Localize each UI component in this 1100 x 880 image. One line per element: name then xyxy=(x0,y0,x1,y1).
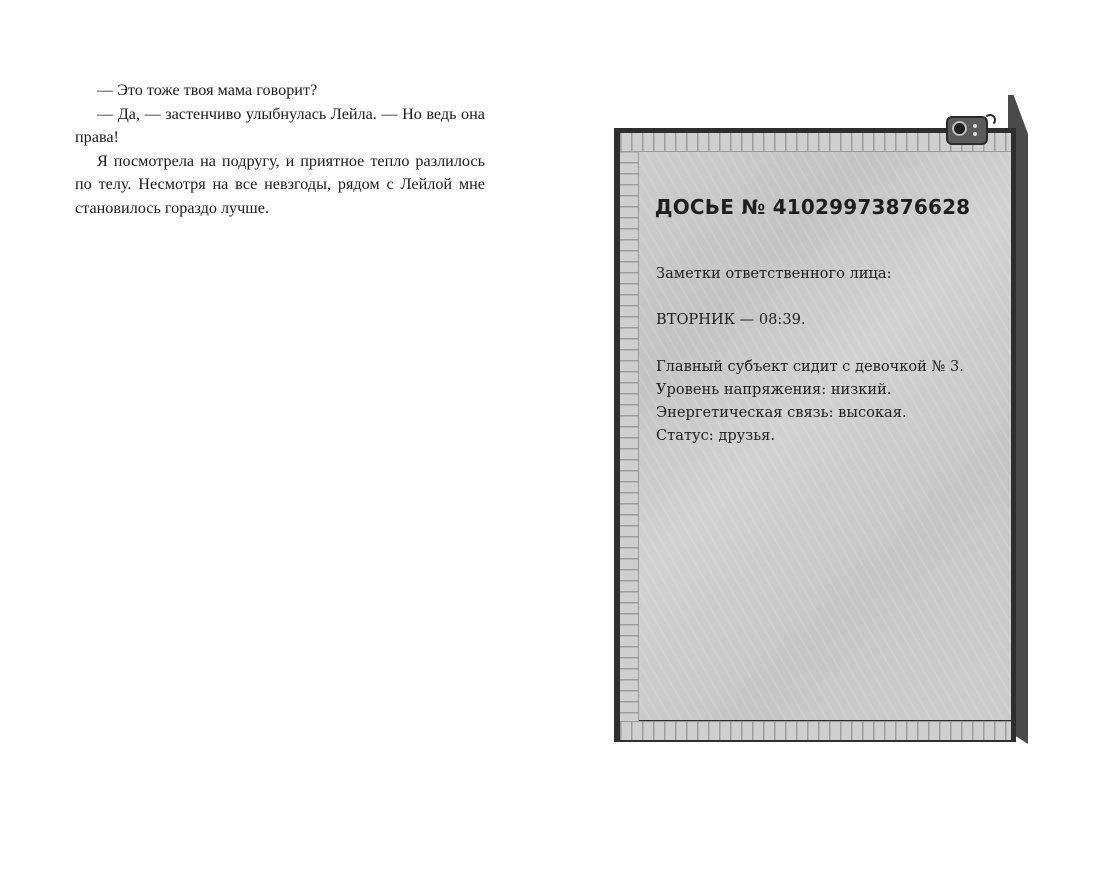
notes-line: Энергетическая связь: высокая. xyxy=(656,401,964,424)
story-text: — Это тоже твоя мама говорит? — Да, — за… xyxy=(75,79,485,220)
paragraph: Я посмотрела на подругу, и приятное тепл… xyxy=(75,150,485,221)
paper-hem-bottom xyxy=(620,721,1011,740)
notes-line: Статус: друзья. xyxy=(656,424,964,447)
camera-lens xyxy=(952,121,967,136)
dossier-notes: Заметки ответственного лица: ВТОРНИК — 0… xyxy=(656,262,964,448)
dossier-paper: ДОСЬЕ № 41029973876628 Заметки ответстве… xyxy=(639,152,1011,720)
paragraph: — Да, — застенчиво улыбнулась Лейла. — Н… xyxy=(75,103,485,150)
camera-icon xyxy=(946,116,988,145)
notes-line: Главный субъект сидит с девочкой № 3. xyxy=(656,355,964,378)
dossier-illustration: ДОСЬЕ № 41029973876628 Заметки ответстве… xyxy=(614,95,1030,745)
notes-timestamp: ВТОРНИК — 08:39. xyxy=(656,308,964,331)
dossier-title: ДОСЬЕ № 41029973876628 xyxy=(639,195,1011,219)
notes-heading: Заметки ответственного лица: xyxy=(656,262,964,285)
paragraph: — Это тоже твоя мама говорит? xyxy=(75,79,485,103)
paper-hem-left xyxy=(620,151,639,721)
notes-line: Уровень напряжения: низкий. xyxy=(656,378,964,401)
